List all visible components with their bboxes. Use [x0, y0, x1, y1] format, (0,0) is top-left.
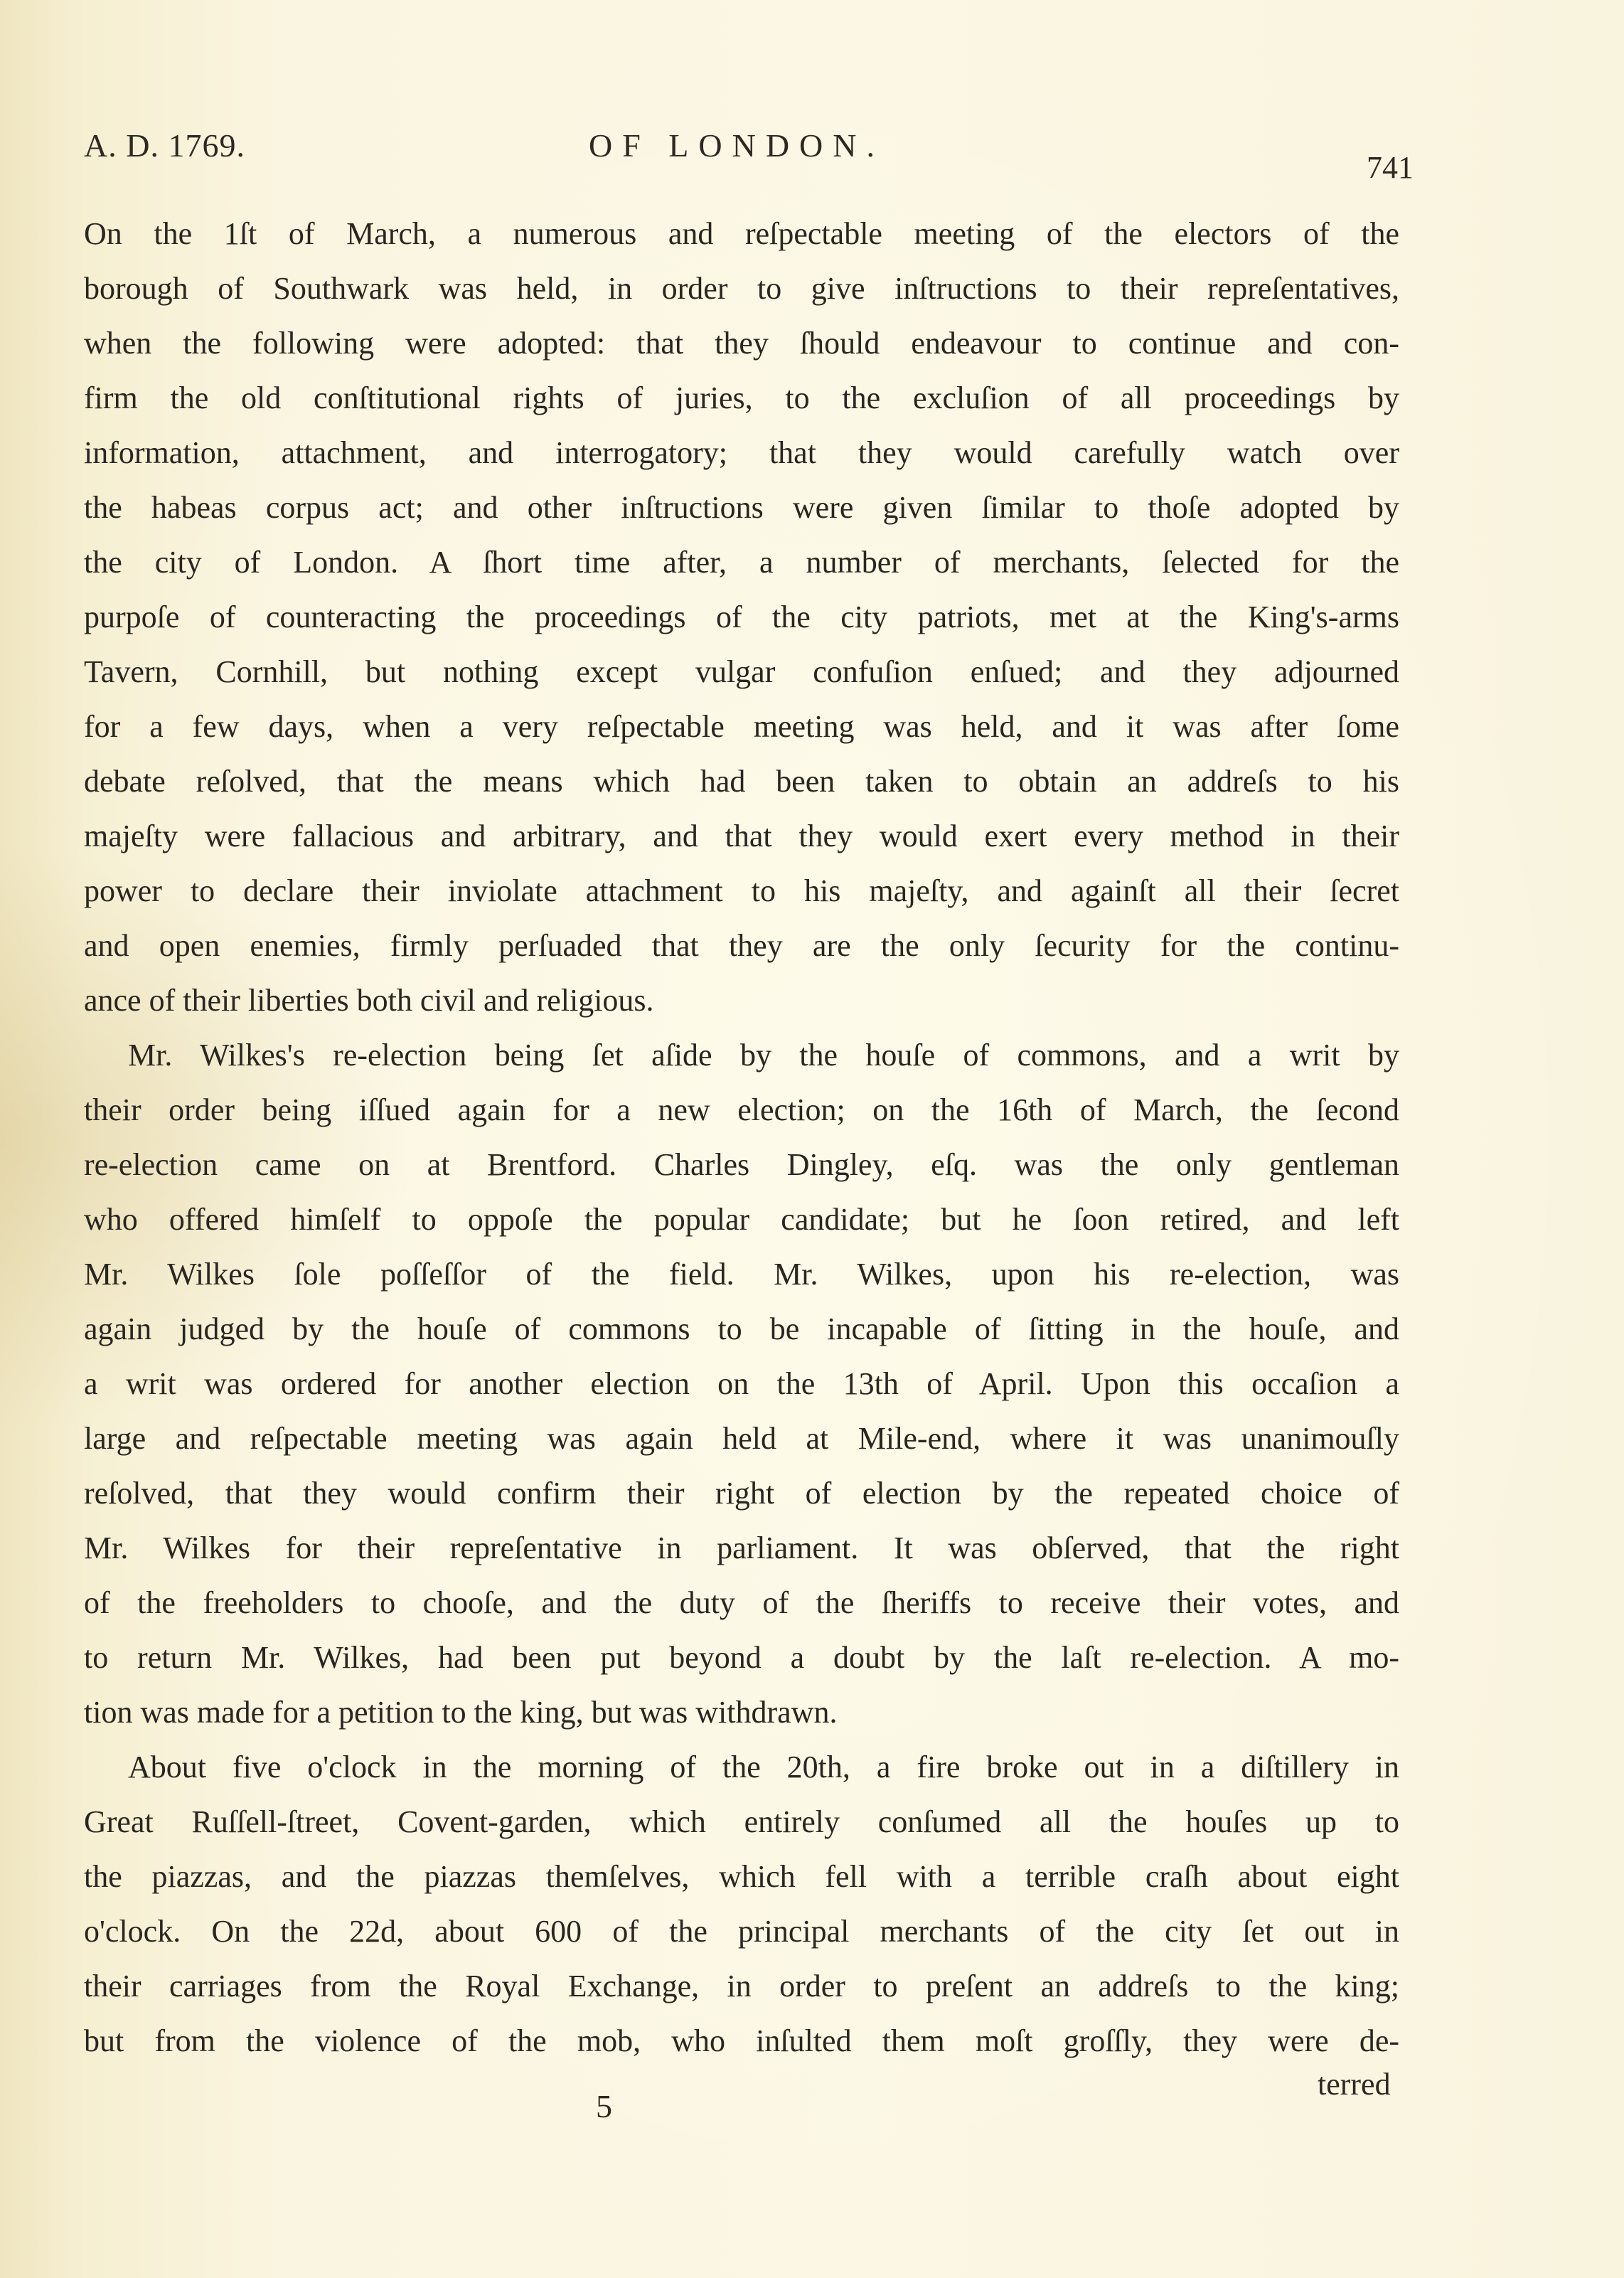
- text-line: to return Mr. Wilkes, had been put beyon…: [84, 1630, 1399, 1685]
- text-line: tion was made for a petition to the king…: [84, 1685, 1399, 1740]
- text-line: of the freeholders to chooſe, and the du…: [84, 1575, 1399, 1630]
- text-line: large and reſpectable meeting was again …: [84, 1411, 1399, 1466]
- body-text: On the 1ſt of March, a numerous and reſp…: [84, 206, 1399, 2068]
- book-page: A. D. 1769. OF LONDON. 741 On the 1ſt of…: [0, 0, 1624, 2278]
- text-line: Great Ruſſell-ſtreet, Covent-garden, whi…: [84, 1794, 1399, 1849]
- text-line: re-election came on at Brentford. Charle…: [84, 1137, 1399, 1192]
- text-line: power to declare their inviolate attachm…: [84, 863, 1399, 918]
- paragraph-3: About five o'clock in the morning of the…: [84, 1740, 1399, 2068]
- text-line: debate reſolved, that the means which ha…: [84, 754, 1399, 809]
- signature-mark: 5: [596, 2087, 612, 2125]
- text-line: Mr. Wilkes's re-election being ſet aſide…: [84, 1028, 1399, 1082]
- text-line: the city of London. A ſhort time after, …: [84, 535, 1399, 590]
- text-line: when the following were adopted: that th…: [84, 316, 1399, 371]
- text-line: On the 1ſt of March, a numerous and reſp…: [84, 206, 1399, 261]
- text-line: reſolved, that they would confirm their …: [84, 1466, 1399, 1521]
- text-line: a writ was ordered for another election …: [84, 1356, 1399, 1411]
- text-line: borough of Southwark was held, in order …: [84, 261, 1399, 316]
- text-line: Mr. Wilkes for their repreſentative in p…: [84, 1521, 1399, 1575]
- running-head-title: OF LONDON.: [589, 127, 885, 164]
- text-line: the habeas corpus act; and other inſtruc…: [84, 480, 1399, 535]
- text-line: and open enemies, firmly perſuaded that …: [84, 918, 1399, 973]
- text-line: for a few days, when a very reſpectable …: [84, 699, 1399, 754]
- catchword: terred: [1318, 2066, 1391, 2102]
- text-line: o'clock. On the 22d, about 600 of the pr…: [84, 1904, 1399, 1959]
- text-line: who offered himſelf to oppoſe the popula…: [84, 1192, 1399, 1247]
- text-line: their carriages from the Royal Exchange,…: [84, 1959, 1399, 2013]
- text-line: About five o'clock in the morning of the…: [84, 1740, 1399, 1794]
- text-line: purpoſe of counteracting the proceedings…: [84, 590, 1399, 644]
- text-line: information, attachment, and interrogato…: [84, 425, 1399, 480]
- running-head: A. D. 1769. OF LONDON. 741: [84, 127, 1414, 183]
- paragraph-2: Mr. Wilkes's re-election being ſet aſide…: [84, 1028, 1399, 1740]
- running-head-year: A. D. 1769.: [84, 127, 245, 164]
- text-line: firm the old conſtitutional rights of ju…: [84, 371, 1399, 425]
- text-line: the piazzas, and the piazzas themſelves,…: [84, 1849, 1399, 1904]
- paragraph-1: On the 1ſt of March, a numerous and reſp…: [84, 206, 1399, 1028]
- text-line: again judged by the houſe of commons to …: [84, 1302, 1399, 1356]
- text-line: but from the violence of the mob, who in…: [84, 2013, 1399, 2068]
- text-line: ance of their liberties both civil and r…: [84, 973, 1399, 1028]
- text-line: Tavern, Cornhill, but nothing except vul…: [84, 644, 1399, 699]
- text-line: majeſty were fallacious and arbitrary, a…: [84, 809, 1399, 863]
- text-line: their order being iſſued again for a new…: [84, 1082, 1399, 1137]
- page-number: 741: [1367, 149, 1414, 186]
- text-line: Mr. Wilkes ſole poſſeſſor of the field. …: [84, 1247, 1399, 1302]
